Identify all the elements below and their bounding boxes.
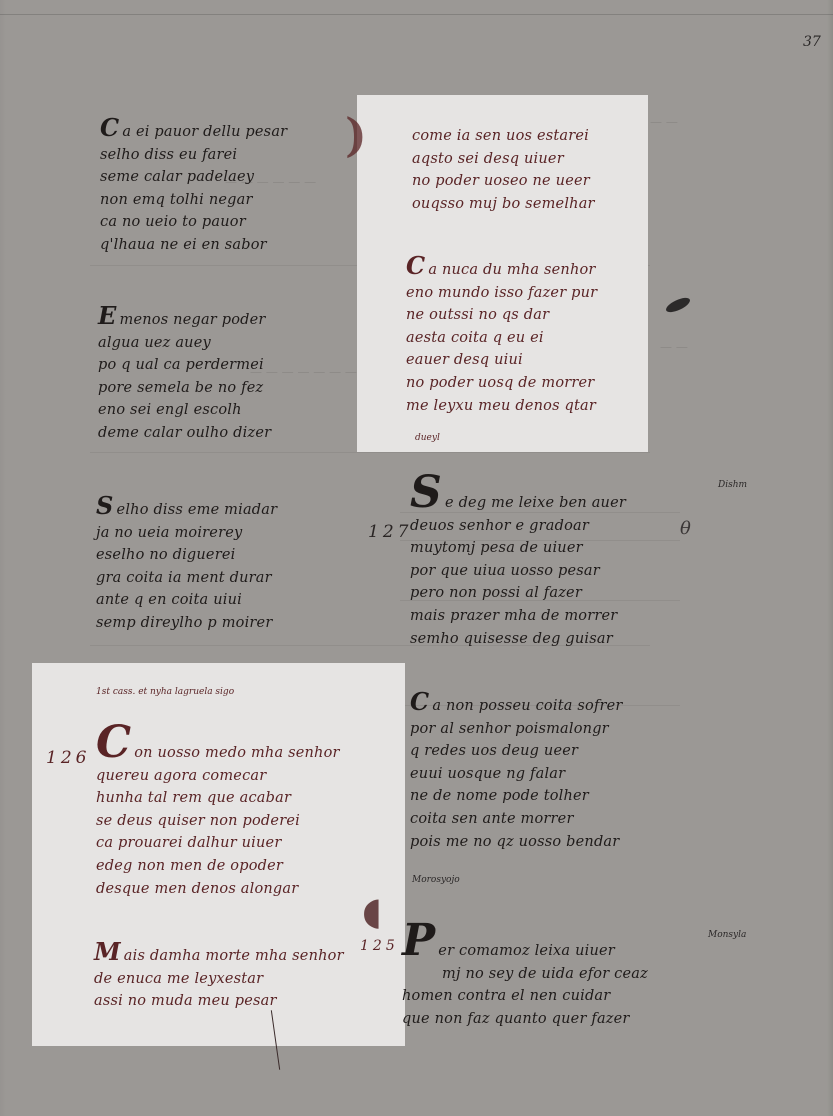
verse-line: Ca nuca du mha senhor [406, 256, 597, 282]
verse-line: de enuca me leyxestar [94, 968, 344, 991]
verse-line: me leyxu meu denos qtar [406, 395, 597, 418]
marginal-mark: θ [680, 518, 691, 539]
verse-line: eauer desq uiui [406, 349, 597, 372]
initial-letter: S [410, 478, 442, 508]
verse-line: ante q en coita uiui [96, 589, 277, 612]
stanza-right-4: Ca non posseu coita sofrer por al senhor… [410, 692, 623, 853]
verse-line: eno sei engl escolh [98, 399, 271, 422]
poem-number-125: 125 [360, 938, 399, 954]
verse-line: muytomj pesa de uiuer [410, 537, 626, 560]
verse-line: selho diss eu farei [100, 144, 287, 167]
verse-line: ne outssi no qs dar [406, 304, 597, 327]
verse-line: no poder uosq de morrer [406, 372, 597, 395]
verse-line: mais prazer mha de morrer [410, 605, 626, 628]
initial-letter: P [402, 926, 435, 956]
stanza-right-5: Per comamoz leixa uiuer mj no sey de uid… [402, 926, 648, 1030]
verse-line: mj no sey de uida efor ceaz [402, 963, 648, 986]
decorative-red-initial: ◖ [362, 888, 382, 933]
stanza-left-5: Mais damha morte mha senhor de enuca me … [94, 942, 344, 1013]
verse-line: semho quisesse deg guisar [410, 628, 626, 651]
verse-line: pois me no qz uosso bendar [410, 831, 623, 854]
verse-line: ca prouarei dalhur uiuer [96, 832, 340, 855]
verse-line: hunha tal rem que acabar [96, 787, 340, 810]
rubric-annotation: Morosyojo [412, 875, 460, 885]
verse-line: Selho diss eme miadar [96, 496, 277, 522]
verse-line: semp direylho p moirer [96, 612, 277, 635]
initial-letter: S [96, 496, 114, 516]
verse-line: ja no ueia moirerey [96, 522, 277, 545]
verse-line: Se deg me leixe ben auer [410, 478, 626, 515]
verse-line: Ca ei pauor dellu pesar [100, 118, 287, 144]
verse-line: seme calar padelaey [100, 166, 287, 189]
verse-line: algua uez auey [98, 332, 271, 355]
verse-line: que non faz quanto quer fazer [402, 1008, 648, 1031]
initial-letter: C [96, 728, 131, 758]
margin-annotation: Monsyla [708, 930, 746, 940]
verse-line: aqsto sei desq uiuer [412, 148, 595, 171]
verse-line: eselho no diguerei [96, 544, 277, 567]
initial-letter: C [100, 118, 119, 138]
margin-annotation: dueyl [415, 433, 440, 443]
initial-letter: C [410, 692, 429, 712]
verse-line: no poder uoseo ne ueer [412, 170, 595, 193]
manuscript-page: — — — — — — — — — — — — — — — — — 37 Ca … [0, 0, 833, 1116]
verse-line: coita sen ante morrer [410, 808, 623, 831]
verse-line: por al senhor poismalongr [410, 718, 623, 741]
verse-line: desque men denos alongar [96, 878, 340, 901]
verse-line: pore semela be no fez [98, 377, 271, 400]
poem-number-126: 126 [46, 748, 90, 768]
poem-number-127: 127 [368, 522, 412, 542]
ink-stain [664, 295, 692, 315]
verse-line: deme calar oulho dizer [98, 422, 271, 445]
show-through-text: — — [660, 340, 688, 354]
stanza-left-2: Emenos negar poder algua uez auey po q u… [98, 306, 271, 445]
initial-letter: E [98, 306, 117, 326]
verse-line: se deus quiser non poderei [96, 810, 340, 833]
verse-line: Ca non posseu coita sofrer [410, 692, 623, 718]
verse-line: ne de nome pode tolher [410, 785, 623, 808]
verse-line: non emq tolhi negar [100, 189, 287, 212]
verse-line: euui uosque ng falar [410, 763, 623, 786]
verse-line: deuos senhor e gradoar [410, 515, 626, 538]
verse-line: pero non possi al fazer [410, 582, 626, 605]
verse-line: Con uosso medo mha senhor [96, 728, 340, 765]
verse-line: come ia sen uos estarei [412, 125, 595, 148]
ruling-line [90, 452, 650, 453]
verse-line: ouqsso muj bo semelhar [412, 193, 595, 216]
verse-line: por que uiua uosso pesar [410, 560, 626, 583]
verse-line: Emenos negar poder [98, 306, 271, 332]
verse-line: Mais damha morte mha senhor [94, 942, 344, 968]
verse-line: eno mundo isso fazer pur [406, 282, 597, 305]
show-through-text: — — [650, 115, 678, 129]
verse-line: assi no muda meu pesar [94, 990, 344, 1013]
verse-line: gra coita ia ment durar [96, 567, 277, 590]
stanza-right-3: Se deg me leixe ben auer deuos senhor e … [410, 478, 626, 650]
margin-annotation: Dishm [718, 480, 747, 490]
initial-letter: C [406, 256, 425, 276]
verse-line: ca no ueio to pauor [100, 211, 287, 234]
decorative-initial-fragment: ) [345, 108, 367, 162]
rubric-annotation: 1st cass. et nyha lagruela sigo [96, 687, 234, 697]
stanza-left-4: Con uosso medo mha senhor quereu agora c… [96, 728, 340, 900]
folio-number: 37 [803, 34, 821, 50]
stanza-left-1: Ca ei pauor dellu pesar selho diss eu fa… [100, 118, 287, 257]
page-top-edge [0, 0, 833, 15]
verse-line: po q ual ca perdermei [98, 354, 271, 377]
verse-line: q redes uos deug ueer [410, 740, 623, 763]
stanza-left-3: Selho diss eme miadar ja no ueia moirere… [96, 496, 277, 635]
verse-line: q'lhaua ne ei en sabor [100, 234, 287, 257]
stanza-right-1: come ia sen uos estarei aqsto sei desq u… [412, 125, 595, 215]
verse-line: edeg non men de opoder [96, 855, 340, 878]
verse-line: Per comamoz leixa uiuer [402, 926, 648, 963]
stanza-right-2: Ca nuca du mha senhor eno mundo isso faz… [406, 256, 597, 417]
verse-line: quereu agora comecar [96, 765, 340, 788]
initial-letter: M [94, 942, 121, 962]
verse-line: homen contra el nen cuidar [402, 985, 648, 1008]
verse-line: aesta coita q eu ei [406, 327, 597, 350]
